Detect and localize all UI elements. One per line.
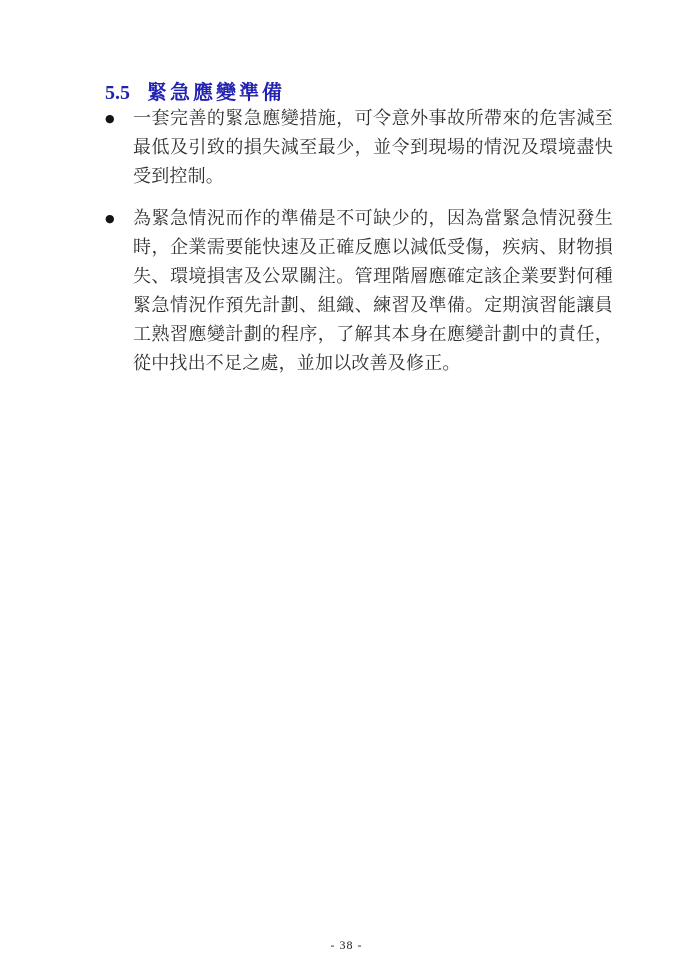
bullet-icon: ● <box>105 104 133 133</box>
section-number: 5.5 <box>105 82 130 105</box>
bullet-item: ● 為緊急情況而作的準備是不可缺少的，因為當緊急情況發生時，企業需要能快速及正確… <box>105 204 621 378</box>
bullet-icon: ● <box>105 204 133 233</box>
bullet-list: ● 一套完善的緊急應變措施，可令意外事故所帶來的危害減至最低及引致的損失減至最少… <box>105 104 621 391</box>
page-number: - 38 - <box>331 938 363 952</box>
page-footer: - 38 - <box>0 936 693 954</box>
bullet-paragraph: 一套完善的緊急應變措施，可令意外事故所帶來的危害減至最低及引致的損失減至最少，並… <box>133 104 613 191</box>
document-page: 5.5 緊急應變準備 ● 一套完善的緊急應變措施，可令意外事故所帶來的危害減至最… <box>0 0 693 980</box>
bullet-paragraph: 為緊急情況而作的準備是不可缺少的，因為當緊急情況發生時，企業需要能快速及正確反應… <box>133 204 613 378</box>
section-title: 緊急應變準備 <box>147 76 285 105</box>
section-heading: 5.5 緊急應變準備 <box>105 76 285 105</box>
bullet-item: ● 一套完善的緊急應變措施，可令意外事故所帶來的危害減至最低及引致的損失減至最少… <box>105 104 621 191</box>
